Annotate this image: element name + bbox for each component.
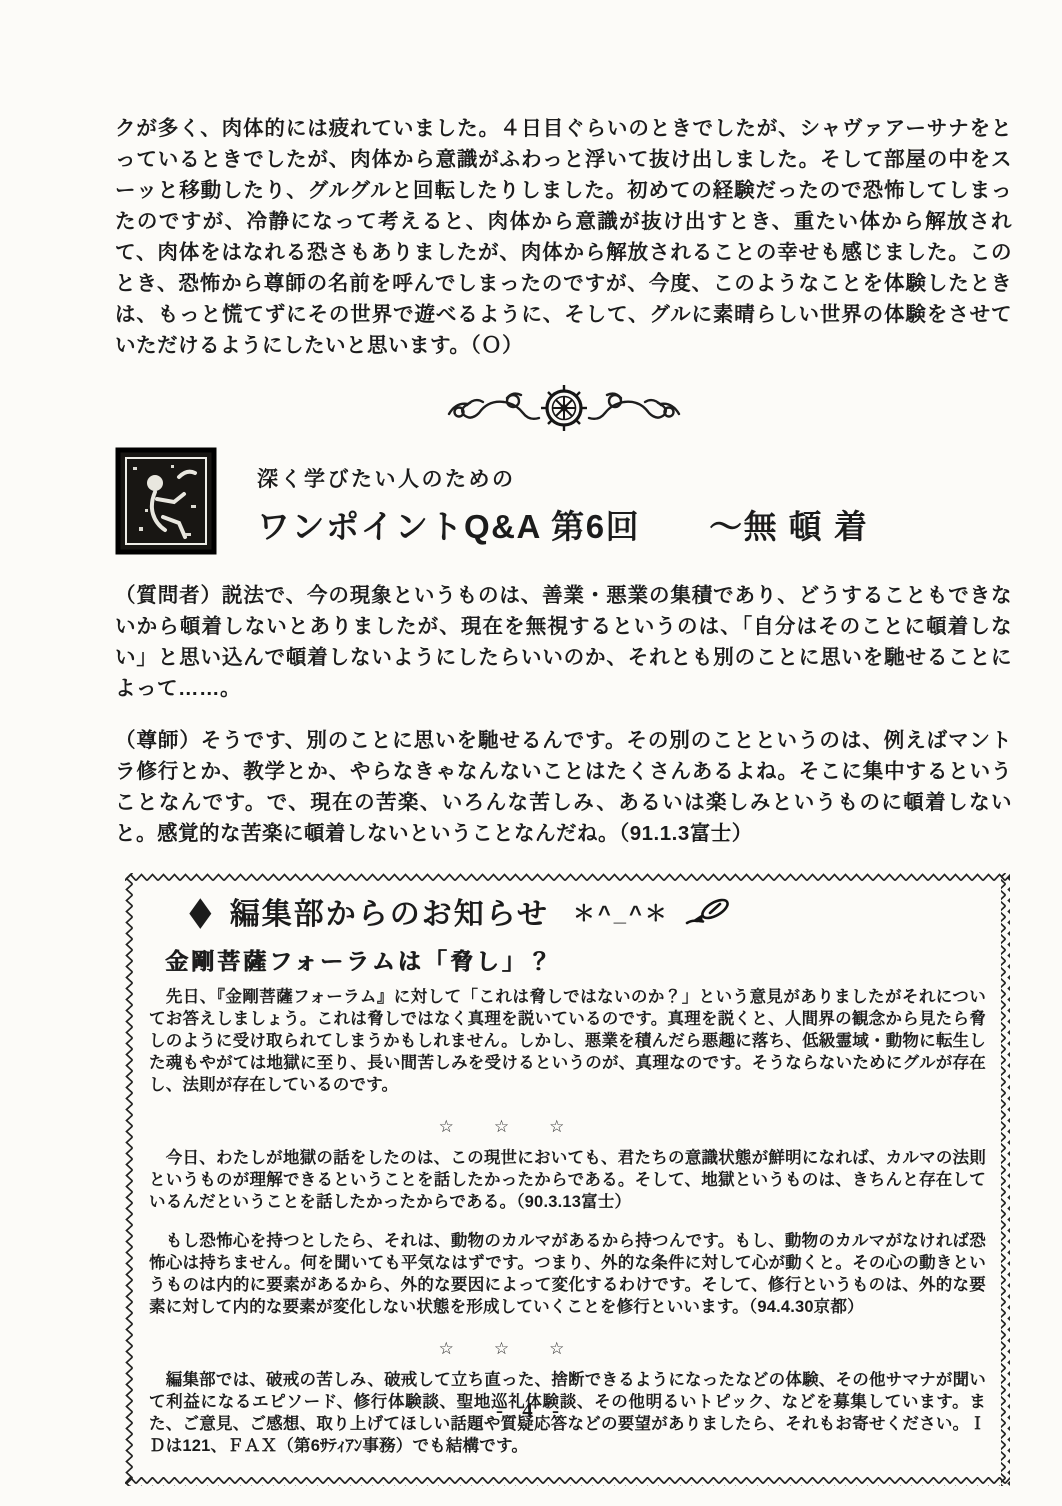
- qa-section-header: 深く学びたい人のための ワンポイントQ&A 第6回 ～無 頓 着: [115, 447, 1012, 560]
- page-number: - 4 -: [0, 1398, 1062, 1423]
- star-divider: ☆ ☆ ☆: [84, 1334, 921, 1359]
- notice-paragraph-1: 先日、『金剛菩薩フォーラム』に対して「これは脅しではないのか？」という意見があり…: [149, 986, 986, 1096]
- notice-subtitle: 金剛菩薩フォーラムは「脅し」？: [165, 943, 986, 976]
- qa-title: ワンポイントQ&A 第6回 ～無 頓 着: [257, 501, 868, 548]
- section-divider: [115, 381, 1012, 435]
- qa-supertitle: 深く学びたい人のための: [257, 463, 868, 493]
- emoticon-text: ＊^_^＊: [573, 897, 670, 928]
- pen-icon: [684, 897, 736, 932]
- qa-titles: 深く学びたい人のための ワンポイントQ&A 第6回 ～無 頓 着: [257, 447, 868, 548]
- notice-paragraph-2: 今日、わたしが地獄の話をしたのは、この現世においても、君たちの意識状態が鮮明にな…: [149, 1147, 986, 1213]
- flourish-ornament-icon: [439, 381, 689, 435]
- question-paragraph: （質問者）説法で、今の現象というものは、善業・悪業の集積であり、どうすることもで…: [115, 580, 1012, 704]
- editorial-notice-box: ◆ 編集部からのお知らせ ＊^_^＊ 金剛菩薩フォーラムは「脅し」: [125, 873, 1010, 1486]
- woodcut-figure-icon: [115, 447, 217, 555]
- notice-title: 編集部からのお知らせ: [230, 889, 549, 933]
- page-content: クが多く、肉体的には疲れていました。４日目ぐらいのときでしたが、シャヴァアーサナ…: [0, 0, 1062, 1486]
- diamond-bullet-icon: ◆: [189, 894, 211, 928]
- answer-paragraph: （尊師）そうです、別のことに思いを馳せるんです。その別のことというのは、例えばマ…: [115, 725, 1012, 849]
- dharma-wheel-icon: [541, 385, 587, 431]
- scanned-newsletter-page: クが多く、肉体的には疲れていました。４日目ぐらいのときでしたが、シャヴァアーサナ…: [0, 0, 1062, 1506]
- star-divider: ☆ ☆ ☆: [84, 1112, 921, 1137]
- continuation-paragraph: クが多く、肉体的には疲れていました。４日目ぐらいのときでしたが、シャヴァアーサナ…: [115, 113, 1012, 361]
- woodcut-stamp-image: [115, 447, 217, 560]
- notice-paragraph-3: もし恐怖心を持つとしたら、それは、動物のカルマがあるから持つんです。もし、動物の…: [149, 1230, 986, 1318]
- notice-title-row: ◆ 編集部からのお知らせ ＊^_^＊: [185, 889, 986, 933]
